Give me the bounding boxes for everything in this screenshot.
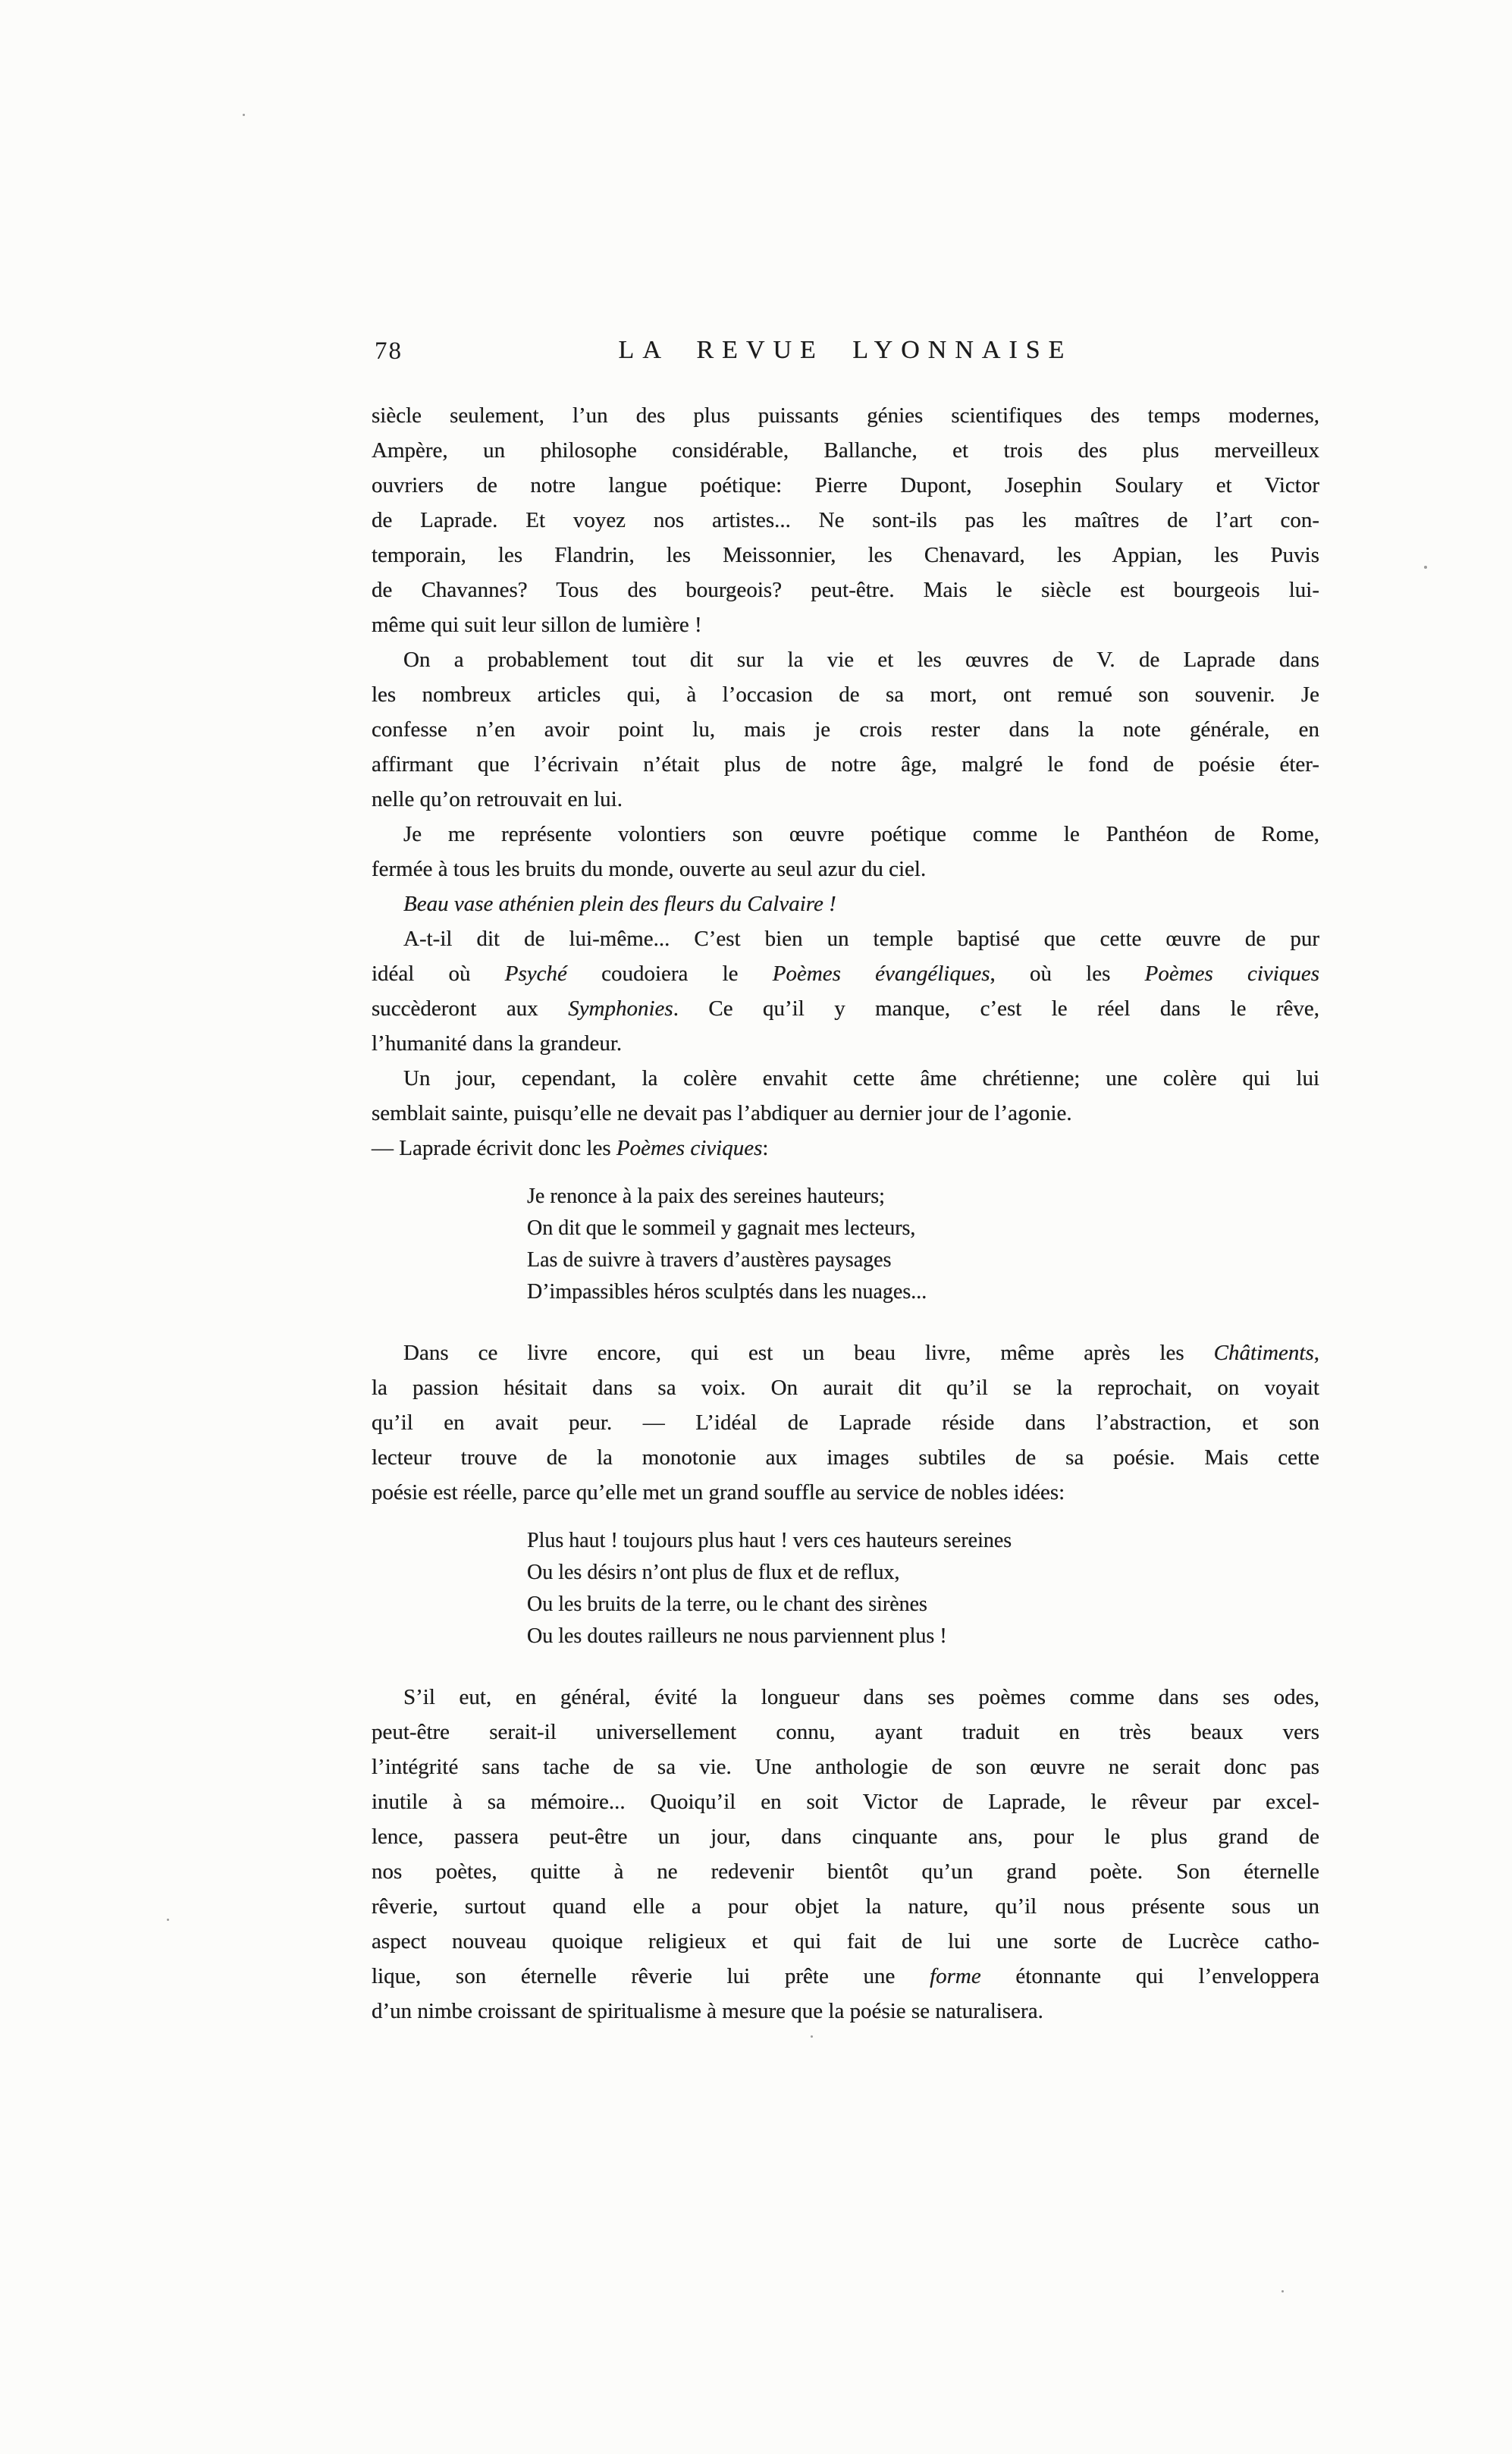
scan-speck [1424, 566, 1427, 569]
text-run: D’impassibles héros sculptés dans les nu… [527, 1280, 927, 1304]
text-run: Ou les désirs n’ont plus de flux et de r… [527, 1561, 899, 1584]
italic-text-run: Poèmes civiques [616, 1136, 762, 1160]
text-line: temporain, les Flandrin, les Meissonnier… [372, 538, 1319, 573]
text-run: siècle seulement, l’un des plus puissant… [372, 403, 1319, 428]
text-run: qu’il en avait peur. — L’idéal de Laprad… [372, 1411, 1319, 1435]
scan-speck [811, 2035, 813, 2038]
text-line: Je me représente volontiers son œuvre po… [372, 817, 1319, 852]
text-line: lence, passera peut-être un jour, dans c… [372, 1819, 1319, 1854]
text-run: aspect nouveau quoique religieux et qui … [372, 1929, 1319, 1953]
paragraph: On a probablement tout dit sur la vie et… [372, 642, 1319, 817]
text-run: Plus haut ! toujours plus haut ! vers ce… [527, 1529, 1012, 1552]
text-line: l’intégrité sans tache de sa vie. Une an… [372, 1749, 1319, 1784]
text-run: . Ce qu’il y manque, c’est le réel dans … [673, 996, 1319, 1021]
text-run: semblait sainte, puisqu’elle ne devait p… [372, 1101, 1072, 1125]
verse-block: Je renonce à la paix des sereines hauteu… [527, 1181, 1319, 1308]
paragraph: Dans ce livre encore, qui est un beau li… [372, 1335, 1319, 1510]
text-line: la passion hésitait dans sa voix. On aur… [372, 1370, 1319, 1405]
text-run: : [762, 1136, 768, 1160]
text-run: affirmant que l’écrivain n’était plus de… [372, 752, 1319, 777]
text-run: l’humanité dans la grandeur. [372, 1031, 622, 1056]
paragraph: A-t-il dit de lui-même... C’est bien un … [372, 921, 1319, 1061]
paragraph: Je me représente volontiers son œuvre po… [372, 817, 1319, 887]
text-run: , [1314, 1341, 1319, 1365]
text-run: inutile à sa mémoire... Quoiqu’il en soi… [372, 1790, 1319, 1814]
text-run: de Laprade. Et voyez nos artistes... Ne … [372, 508, 1319, 532]
italic-text-run: Beau vase athénien plein des fleurs du C… [403, 892, 836, 916]
verse-line: Ou les désirs n’ont plus de flux et de r… [527, 1557, 1319, 1589]
verse-line: Ou les bruits de la terre, ou le chant d… [527, 1589, 1319, 1621]
page-header: 78 LA REVUE LYONNAISE [372, 336, 1319, 371]
paragraph: S’il eut, en général, évité la longueur … [372, 1680, 1319, 2029]
page-body: siècle seulement, l’un des plus puissant… [372, 398, 1319, 2029]
text-run: peut-être serait-il universellement conn… [372, 1720, 1319, 1744]
text-run: l’intégrité sans tache de sa vie. Une an… [372, 1755, 1319, 1779]
content-column: 78 LA REVUE LYONNAISE siècle seulement, … [372, 336, 1319, 2029]
text-line: nos poètes, quitte à ne redevenir bientô… [372, 1854, 1319, 1889]
paragraph: — Laprade écrivit donc les Poèmes civiqu… [372, 1131, 1319, 1166]
text-line: peut-être serait-il universellement conn… [372, 1715, 1319, 1749]
text-line: siècle seulement, l’un des plus puissant… [372, 398, 1319, 433]
page-number: 78 [375, 337, 403, 366]
text-run: étonnante qui l’enveloppera [981, 1964, 1319, 1988]
italic-text-run: Châtiments [1214, 1341, 1314, 1365]
scan-speck [167, 1919, 169, 1921]
text-line: aspect nouveau quoique religieux et qui … [372, 1924, 1319, 1959]
text-line: qu’il en avait peur. — L’idéal de Laprad… [372, 1405, 1319, 1440]
scan-speck [1281, 2290, 1284, 2292]
text-run: idéal où [372, 962, 505, 986]
text-run: Ou les bruits de la terre, ou le chant d… [527, 1593, 927, 1616]
verse-line: Las de suivre à travers d’austères paysa… [527, 1244, 1319, 1276]
text-run: On a probablement tout dit sur la vie et… [403, 648, 1319, 672]
italic-text-run: Symphonies [568, 996, 673, 1021]
text-run: A-t-il dit de lui-même... C’est bien un … [403, 927, 1319, 951]
text-line: d’un nimbe croissant de spiritualisme à … [372, 1994, 1319, 2029]
text-run: lique, son éternelle rêverie lui prête u… [372, 1964, 930, 1988]
text-line: Un jour, cependant, la colère envahit ce… [372, 1061, 1319, 1096]
text-run: Un jour, cependant, la colère envahit ce… [403, 1066, 1319, 1090]
text-line: même qui suit leur sillon de lumière ! [372, 607, 1319, 642]
text-line: les nombreux articles qui, à l’occasion … [372, 677, 1319, 712]
italic-text-run: Psyché [505, 962, 567, 986]
text-run: Je renonce à la paix des sereines hauteu… [527, 1185, 885, 1208]
text-run: Dans ce livre encore, qui est un beau li… [403, 1341, 1214, 1365]
text-run: Ampère, un philosophe considérable, Ball… [372, 438, 1319, 463]
text-line: Dans ce livre encore, qui est un beau li… [372, 1335, 1319, 1370]
verse-line: Plus haut ! toujours plus haut ! vers ce… [527, 1525, 1319, 1557]
verse-line: Ou les doutes railleurs ne nous parvienn… [527, 1621, 1319, 1652]
text-run: rêverie, surtout quand elle a pour objet… [372, 1894, 1319, 1919]
scan-speck [243, 114, 245, 116]
text-line: Beau vase athénien plein des fleurs du C… [372, 887, 1319, 921]
text-run: de Chavannes? Tous des bourgeois? peut-ê… [372, 578, 1319, 602]
paragraph: Un jour, cependant, la colère envahit ce… [372, 1061, 1319, 1131]
verse-line: D’impassibles héros sculptés dans les nu… [527, 1276, 1319, 1308]
text-run: Je me représente volontiers son œuvre po… [403, 822, 1319, 846]
text-line: nelle qu’on retrouvait en lui. [372, 782, 1319, 817]
text-run: ouvriers de notre langue poétique: Pierr… [372, 473, 1319, 497]
text-run: Ou les doutes railleurs ne nous parvienn… [527, 1624, 947, 1648]
text-run: la passion hésitait dans sa voix. On aur… [372, 1376, 1319, 1400]
text-line: S’il eut, en général, évité la longueur … [372, 1680, 1319, 1715]
text-line: de Laprade. Et voyez nos artistes... Ne … [372, 503, 1319, 538]
text-line: ouvriers de notre langue poétique: Pierr… [372, 468, 1319, 503]
paragraph: siècle seulement, l’un des plus puissant… [372, 398, 1319, 642]
journal-title: LA REVUE LYONNAISE [372, 336, 1319, 365]
text-run: succèderont aux [372, 996, 568, 1021]
text-run: poésie est réelle, parce qu’elle met un … [372, 1480, 1065, 1505]
text-line: Ampère, un philosophe considérable, Ball… [372, 433, 1319, 468]
text-run: lecteur trouve de la monotonie aux image… [372, 1445, 1319, 1470]
text-run: d’un nimbe croissant de spiritualisme à … [372, 1999, 1043, 2023]
text-line: semblait sainte, puisqu’elle ne devait p… [372, 1096, 1319, 1131]
text-line: fermée à tous les bruits du monde, ouver… [372, 852, 1319, 887]
text-line: inutile à sa mémoire... Quoiqu’il en soi… [372, 1784, 1319, 1819]
text-run: temporain, les Flandrin, les Meissonnier… [372, 543, 1319, 567]
verse-block: Plus haut ! toujours plus haut ! vers ce… [527, 1525, 1319, 1652]
text-line: On a probablement tout dit sur la vie et… [372, 642, 1319, 677]
text-line: poésie est réelle, parce qu’elle met un … [372, 1475, 1319, 1510]
text-line: succèderont aux Symphonies. Ce qu’il y m… [372, 991, 1319, 1026]
text-run: Las de suivre à travers d’austères paysa… [527, 1248, 891, 1272]
text-line: de Chavannes? Tous des bourgeois? peut-ê… [372, 573, 1319, 607]
text-line: l’humanité dans la grandeur. [372, 1026, 1319, 1061]
verse-line: Je renonce à la paix des sereines hauteu… [527, 1181, 1319, 1213]
text-run: coudoiera le [567, 962, 773, 986]
text-line: confesse n’en avoir point lu, mais je cr… [372, 712, 1319, 747]
text-run: — Laprade écrivit donc les [372, 1136, 616, 1160]
text-run: nelle qu’on retrouvait en lui. [372, 787, 623, 811]
text-line: rêverie, surtout quand elle a pour objet… [372, 1889, 1319, 1924]
text-run: On dit que le sommeil y gagnait mes lect… [527, 1216, 915, 1240]
text-run: confesse n’en avoir point lu, mais je cr… [372, 717, 1319, 742]
text-line: A-t-il dit de lui-même... C’est bien un … [372, 921, 1319, 956]
text-run: , où les [990, 962, 1145, 986]
verse-line: On dit que le sommeil y gagnait mes lect… [527, 1213, 1319, 1244]
text-line: lique, son éternelle rêverie lui prête u… [372, 1959, 1319, 1994]
italic-text-run: Poèmes civiques [1145, 962, 1319, 986]
text-line: lecteur trouve de la monotonie aux image… [372, 1440, 1319, 1475]
text-line: idéal où Psyché coudoiera le Poèmes évan… [372, 956, 1319, 991]
page: 78 LA REVUE LYONNAISE siècle seulement, … [0, 0, 1512, 2454]
text-run: lence, passera peut-être un jour, dans c… [372, 1825, 1319, 1849]
text-run: même qui suit leur sillon de lumière ! [372, 613, 702, 637]
italic-text-run: forme [930, 1964, 981, 1988]
text-run: nos poètes, quitte à ne redevenir bientô… [372, 1859, 1319, 1884]
text-run: les nombreux articles qui, à l’occasion … [372, 683, 1319, 707]
text-line: — Laprade écrivit donc les Poèmes civiqu… [372, 1131, 1319, 1166]
italic-text-run: Poèmes évangéliques [773, 962, 990, 986]
text-run: S’il eut, en général, évité la longueur … [403, 1685, 1319, 1709]
text-line: affirmant que l’écrivain n’était plus de… [372, 747, 1319, 782]
paragraph: Beau vase athénien plein des fleurs du C… [372, 887, 1319, 921]
text-run: fermée à tous les bruits du monde, ouver… [372, 857, 926, 881]
